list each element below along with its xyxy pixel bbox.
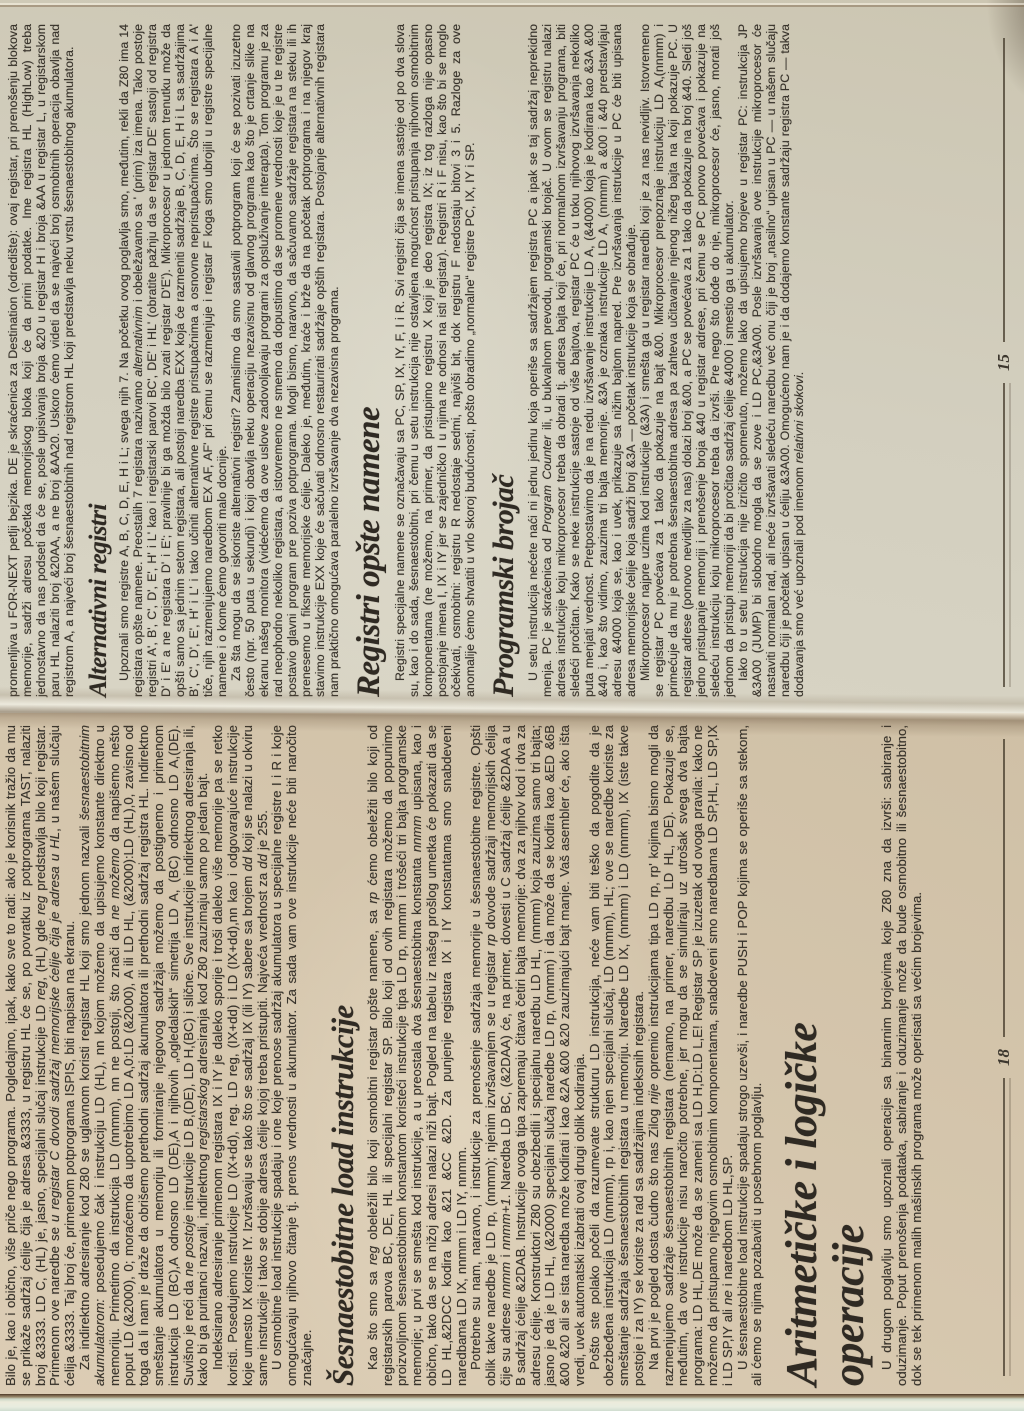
page-15: promenljiva u FOR-NEXT petlji bejzika. D… [0, 0, 1024, 713]
paragraph: U šesnaestobitne load instrukcije spadaj… [736, 725, 766, 1386]
paragraph: promenljiva u FOR-NEXT petlji bejzika. D… [6, 24, 76, 697]
paragraph: U drugom poglavlju smo upoznali operacij… [880, 725, 924, 1386]
footer-rule-left [1003, 383, 1005, 687]
paragraph: Iako to u setu instrukcija nije izričito… [736, 24, 806, 697]
page-18: Bilo je, kao i obično, više priče nego p… [0, 713, 1024, 1394]
page-number-15: 15 [994, 354, 1014, 371]
footer-rule-right [1003, 38, 1005, 342]
underlying-page-edge [0, 1394, 1024, 1411]
page-number-18: 18 [994, 1049, 1014, 1066]
page-edge-crease [0, 5, 1024, 7]
page-18-text-column: Bilo je, kao i obično, više priče nego p… [4, 725, 925, 1386]
section-heading: Registri opšte namene [352, 24, 387, 697]
paragraph: Registri specijalne namene se označavaju… [393, 24, 477, 697]
page-18-footer: 18 [994, 725, 1016, 1386]
section-heading: Alternativni registri [85, 24, 112, 697]
page-15-text-column: promenljiva u FOR-NEXT petlji bejzika. D… [6, 24, 806, 697]
footer-rule-right [1003, 739, 1005, 1037]
paragraph: Upoznali smo registre A, B, C, D, E, H i… [117, 24, 229, 697]
section-heading: Šesnaestobitne load instrukcije [326, 725, 359, 1386]
paragraph: Kao što smo sa reg obeležili bilo koji o… [366, 725, 470, 1386]
section-heading: Programski brojač [488, 24, 520, 697]
paragraph: Indeksirano adresiranje primenom regista… [211, 725, 270, 1386]
paragraph: Bilo je, kao i obično, više priče nego p… [4, 725, 78, 1386]
paragraph: U osmobitne load instrukcije spadaju i o… [270, 725, 314, 1386]
paragraph: Pošto ste polako počeli da razumevate st… [588, 725, 647, 1386]
paragraph: Za šta mogu da se iskoriste alternativni… [229, 24, 341, 697]
paragraph: U setu instrukcija nećete naći ni jednu … [526, 24, 638, 697]
scanned-book-photo: Bilo je, kao i obično, više priče nego p… [0, 0, 1024, 1411]
footer-rule-left [1003, 1078, 1005, 1376]
paragraph: Potrebne su nam, naravno, i instrukcije … [469, 725, 587, 1386]
book-spread: Bilo je, kao i obično, više priče nego p… [0, 0, 1024, 1411]
page-15-footer: 15 [994, 24, 1016, 697]
paragraph: Mikroprocesor najpre uzima kod instrukci… [638, 24, 736, 697]
paragraph: Na prvi je pogled dosta čudno što nas Zi… [647, 725, 736, 1386]
paragraph: Za indirektno adresiranje kod Z80 se ugl… [78, 725, 211, 1386]
section-heading: Aritmetičke i logičkeoperacije [778, 725, 872, 1386]
